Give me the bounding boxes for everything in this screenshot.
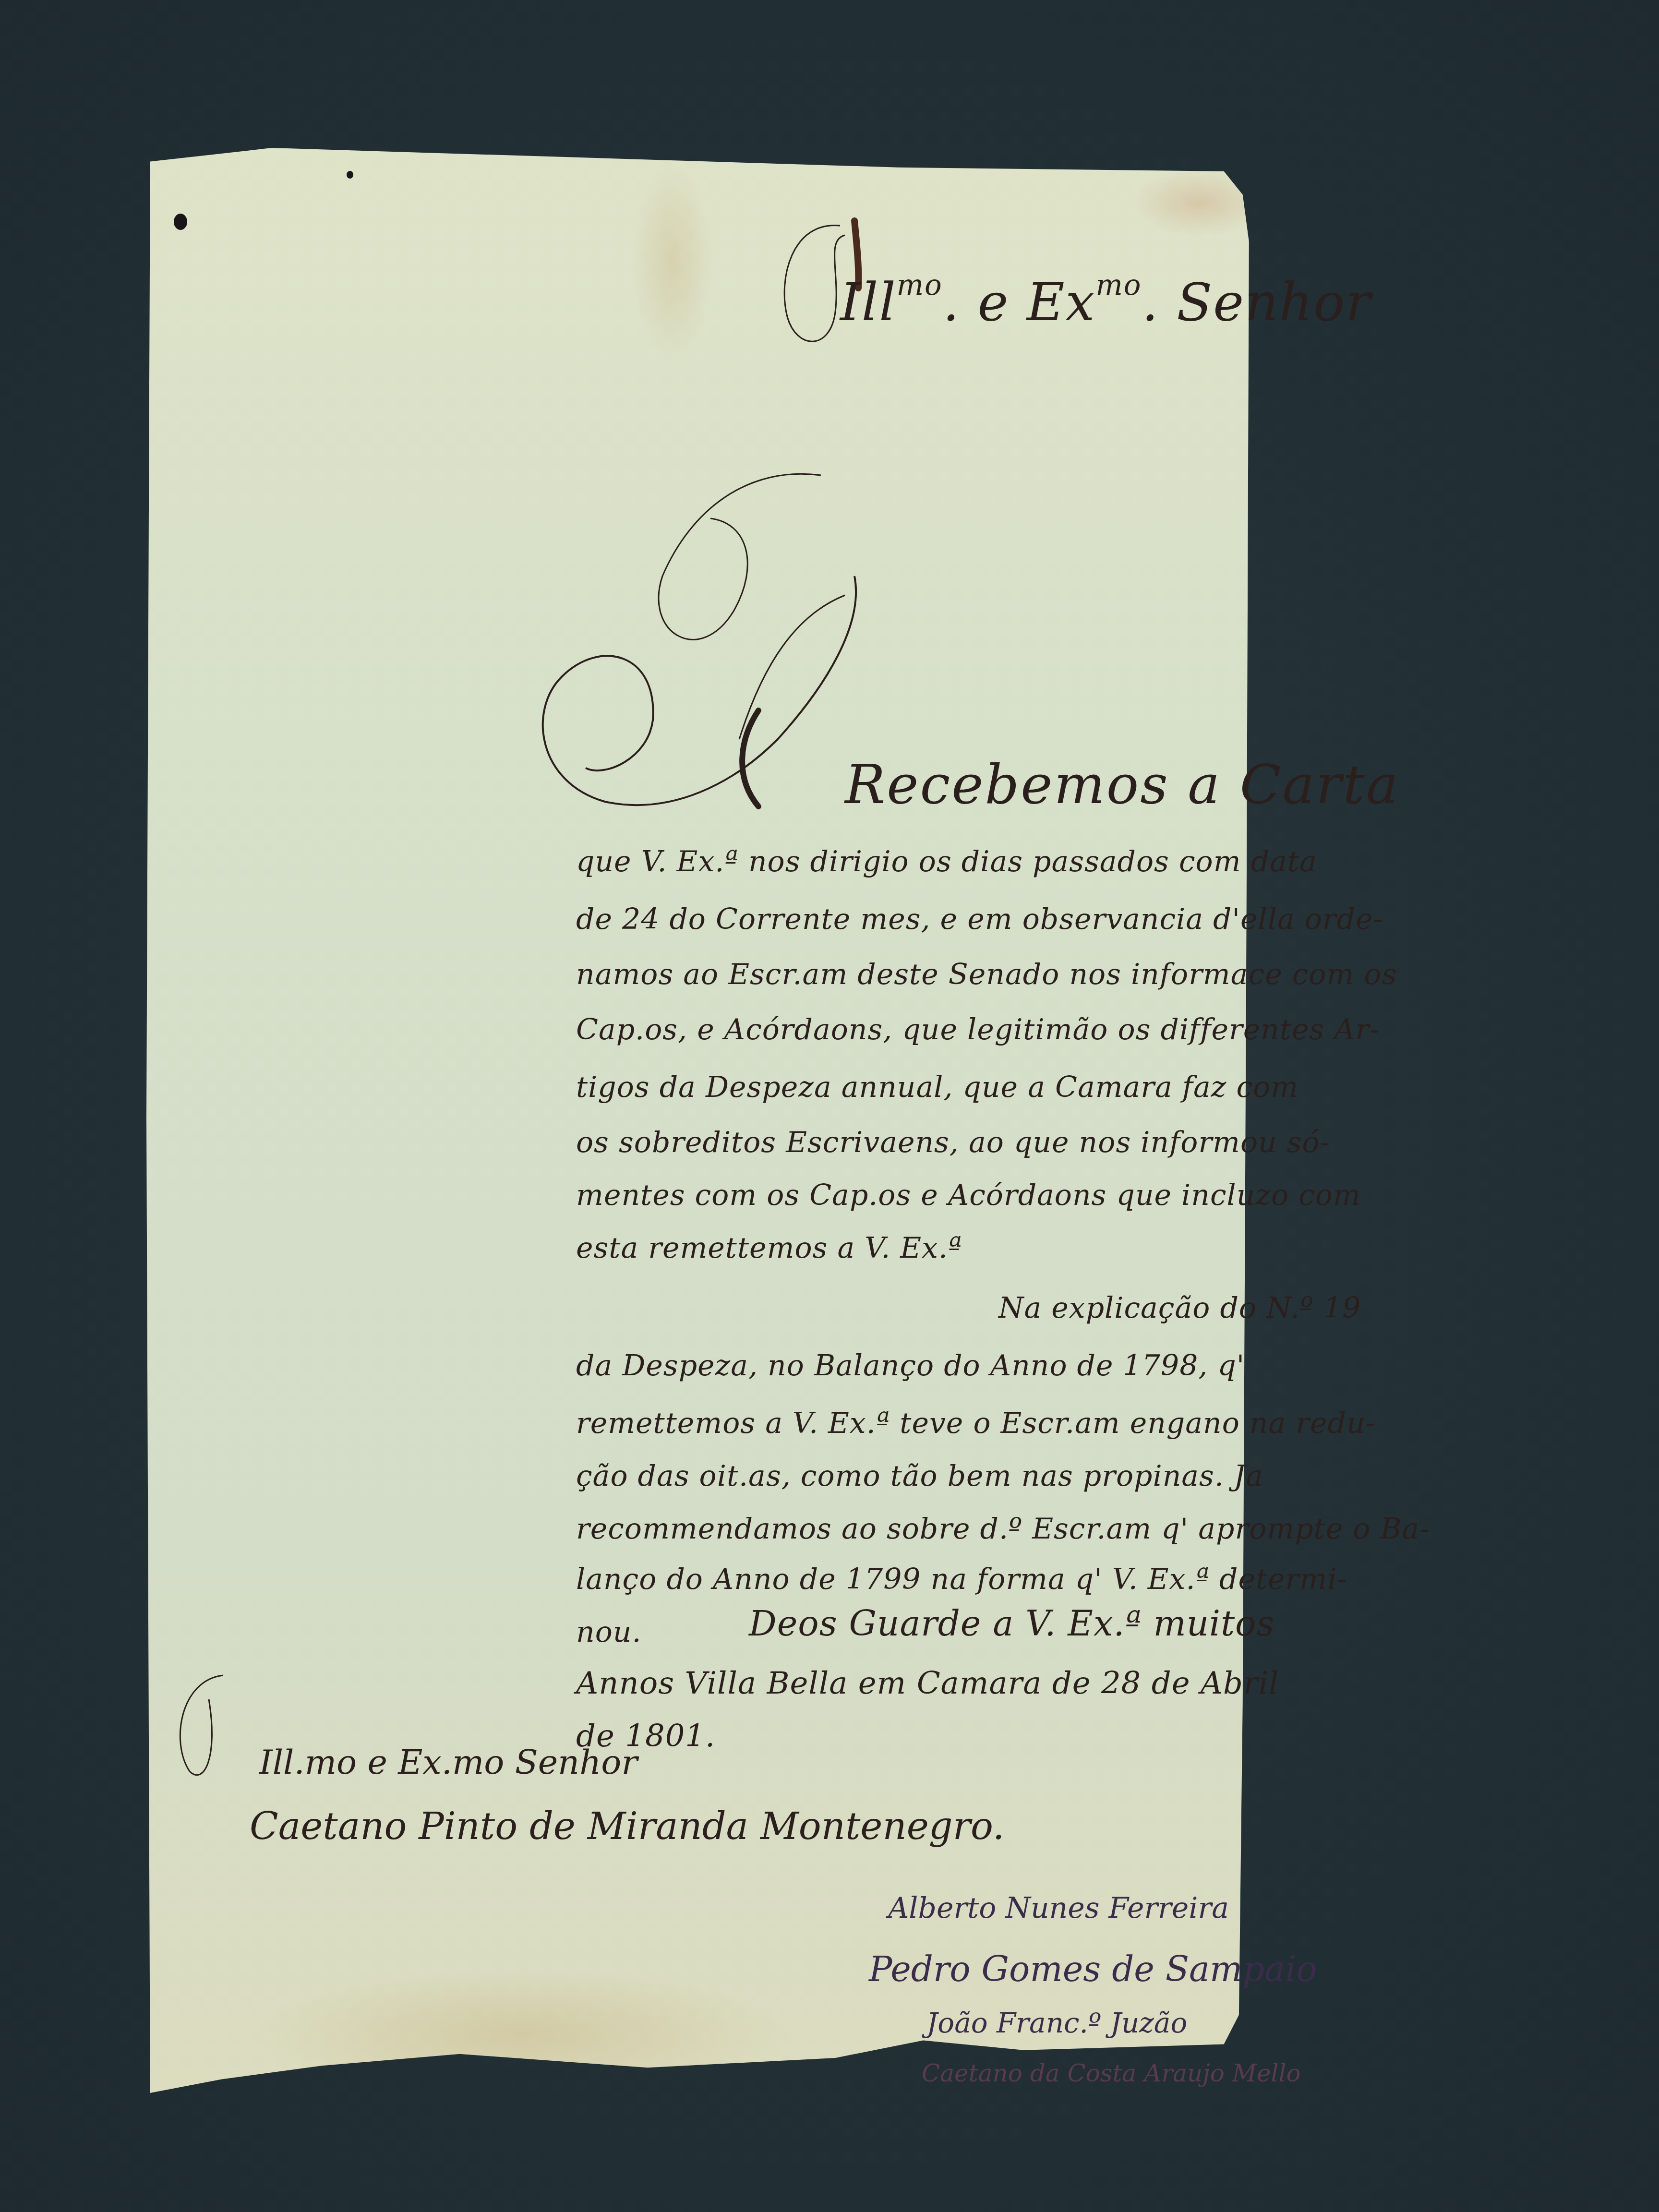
- paragraph2-line: recommendamos ao sobre d.º Escr.am q' ap…: [576, 1512, 1430, 1546]
- decorative-initial-R: [509, 470, 874, 816]
- body-line: de 24 do Corrente mes, e em observancia …: [576, 902, 1383, 936]
- body-line: que V. Ex.ª nos dirigio os dias passados…: [576, 845, 1317, 878]
- body-line: os sobreditos Escrivaens, ao que nos inf…: [576, 1126, 1330, 1159]
- paragraph2-line: nou.: [576, 1615, 641, 1649]
- closing-place-date: Annos Villa Bella em Camara de 28 de Abr…: [576, 1666, 1279, 1701]
- body-line: Cap.os, e Acórdaons, que legitimão os di…: [576, 1013, 1380, 1046]
- paragraph2-line: da Despeza, no Balanço do Anno de 1798, …: [576, 1349, 1245, 1382]
- addressee-title: Ill.mo e Ex.mo Senhor: [259, 1743, 637, 1782]
- body-line: mentes com os Cap.os e Acórdaons que inc…: [576, 1178, 1361, 1212]
- body-line: tigos da Despeza annual, que a Camara fa…: [576, 1070, 1298, 1104]
- signature: Alberto Nunes Ferreira: [888, 1891, 1229, 1925]
- addressee-flourish: [170, 1671, 247, 1791]
- addressee-name: Caetano Pinto de Miranda Montenegro.: [250, 1805, 1004, 1848]
- paragraph2-line: lanço do Anno de 1799 na forma q' V. Ex.…: [576, 1563, 1347, 1596]
- opening-line: Recebemos a Carta: [845, 754, 1399, 816]
- closing-blessing: Deos Guarde a V. Ex.ª muitos: [749, 1603, 1274, 1644]
- signature: João Franc.º Juzão: [926, 2007, 1187, 2039]
- binding-hole-small: [347, 171, 353, 179]
- paragraph2-line: ção das oit.as, como tão bem nas propina…: [576, 1459, 1263, 1493]
- body-line: esta remettemos a V. Ex.ª: [576, 1231, 962, 1265]
- signature: Pedro Gomes de Sampaio: [869, 1949, 1317, 1989]
- manuscript-page: [146, 144, 1399, 2093]
- signature: Caetano da Costa Araujo Mello: [922, 2059, 1301, 2087]
- paragraph2-line: remettemos a V. Ex.ª teve o Escr.am enga…: [576, 1407, 1376, 1440]
- body-line: namos ao Escr.am deste Senado nos inform…: [576, 958, 1397, 991]
- salutation: Illmo. e Exmo. Senhor: [840, 269, 1371, 333]
- paragraph2-line: Na explicação do N.º 19: [998, 1291, 1361, 1325]
- binding-hole: [174, 214, 187, 230]
